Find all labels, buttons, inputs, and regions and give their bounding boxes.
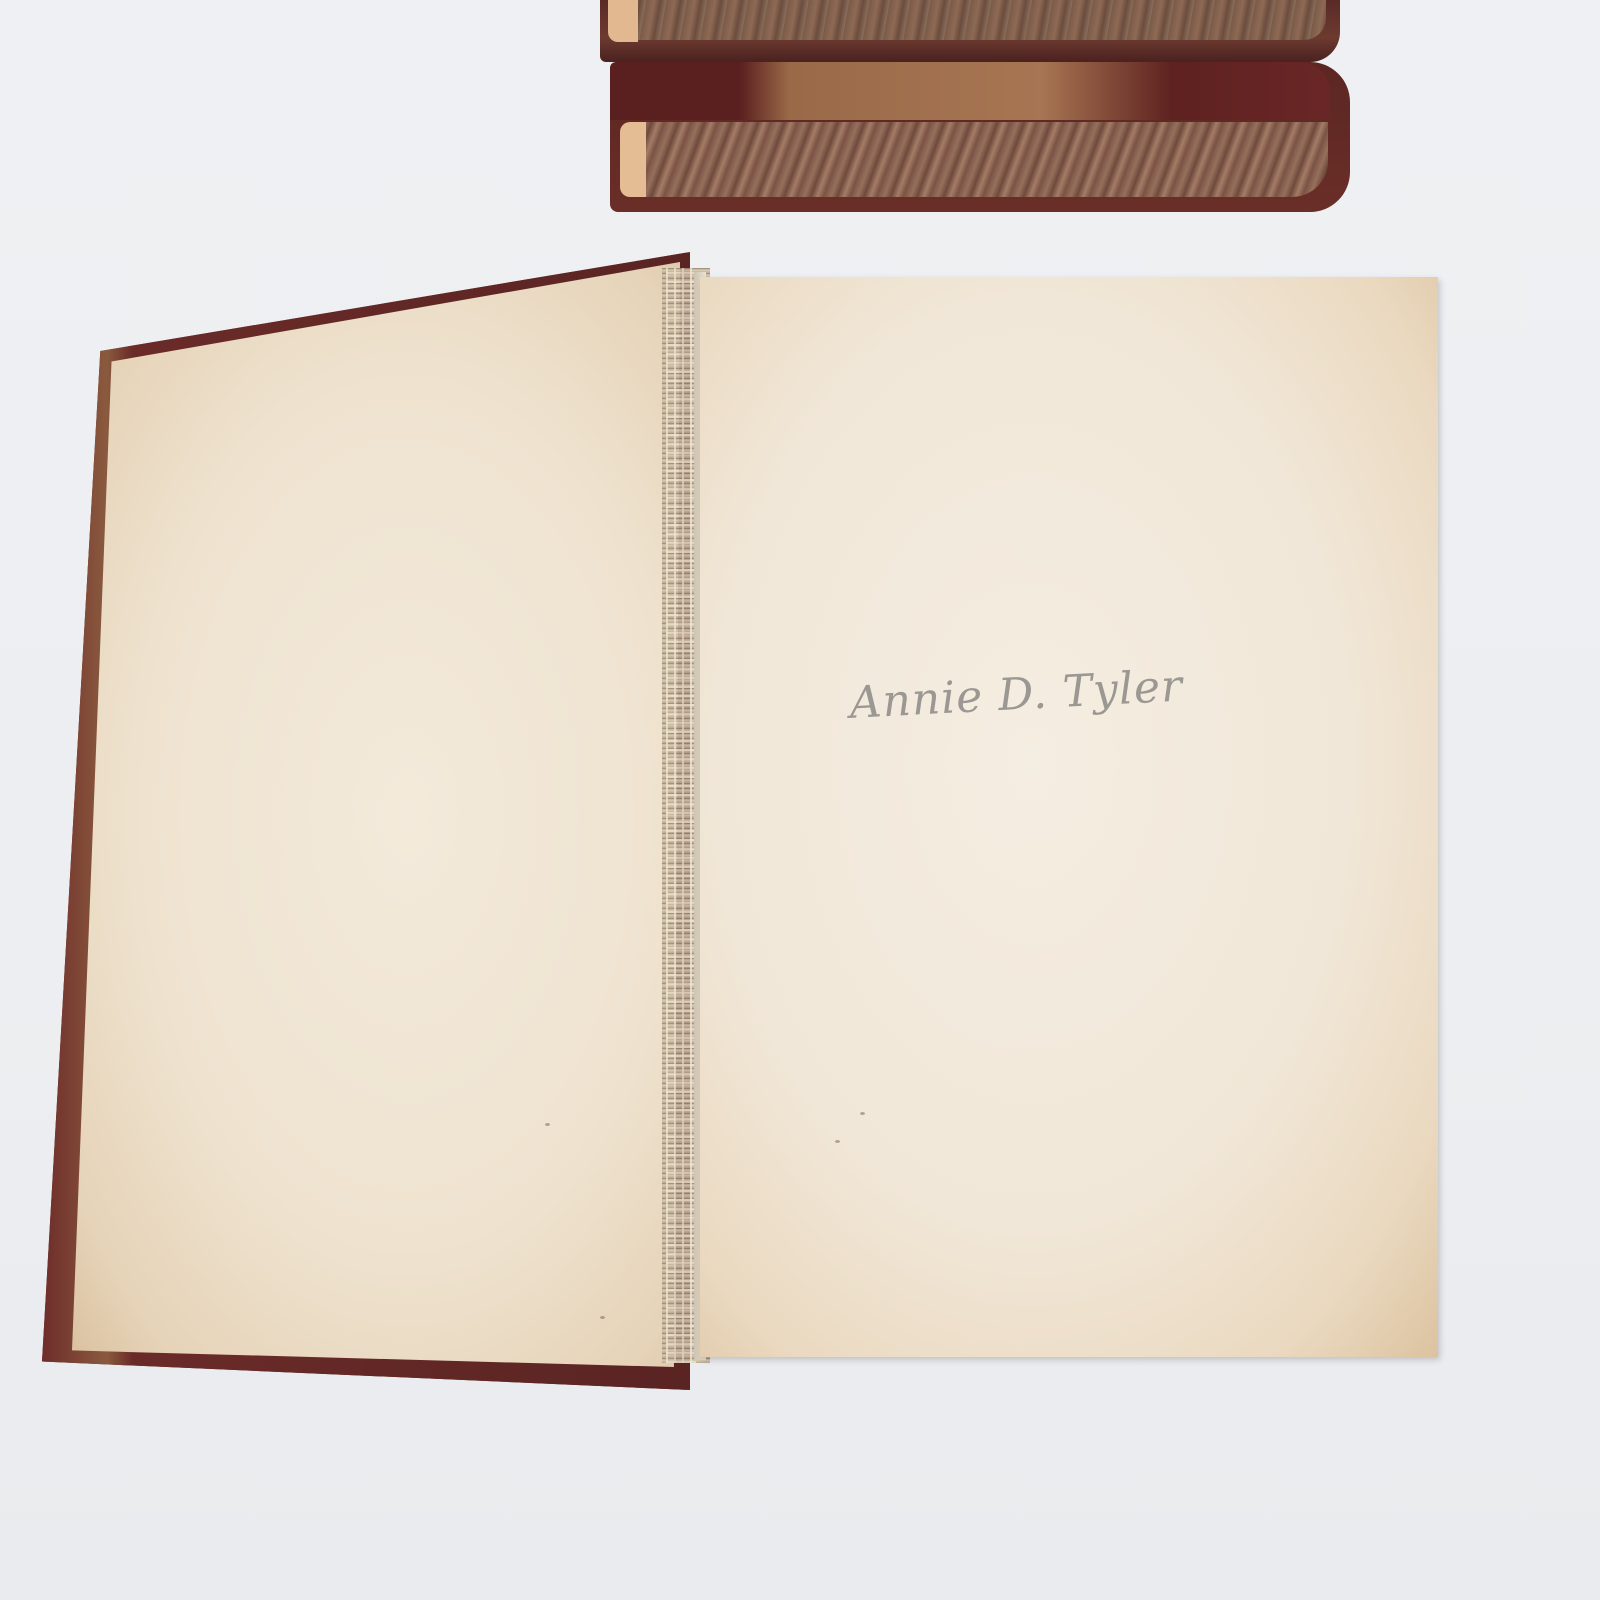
- stacked-books: [600, 0, 1340, 215]
- binding-mesh: [666, 268, 696, 1363]
- foxing-spot: [860, 1112, 865, 1115]
- page-block-edge: [620, 122, 646, 197]
- foxing-spot: [545, 1123, 550, 1126]
- foxing-spot: [835, 1140, 840, 1143]
- stacked-book-upper: [600, 0, 1340, 62]
- foxing-spot: [600, 1316, 605, 1319]
- marbled-edge: [626, 0, 1326, 40]
- left-endpaper: [72, 262, 680, 1367]
- leather-spine-band: [610, 62, 1330, 120]
- marbled-edge: [638, 122, 1328, 197]
- stacked-book-lower: [610, 62, 1350, 212]
- page-block-edge: [608, 0, 638, 42]
- right-flyleaf: [700, 277, 1438, 1357]
